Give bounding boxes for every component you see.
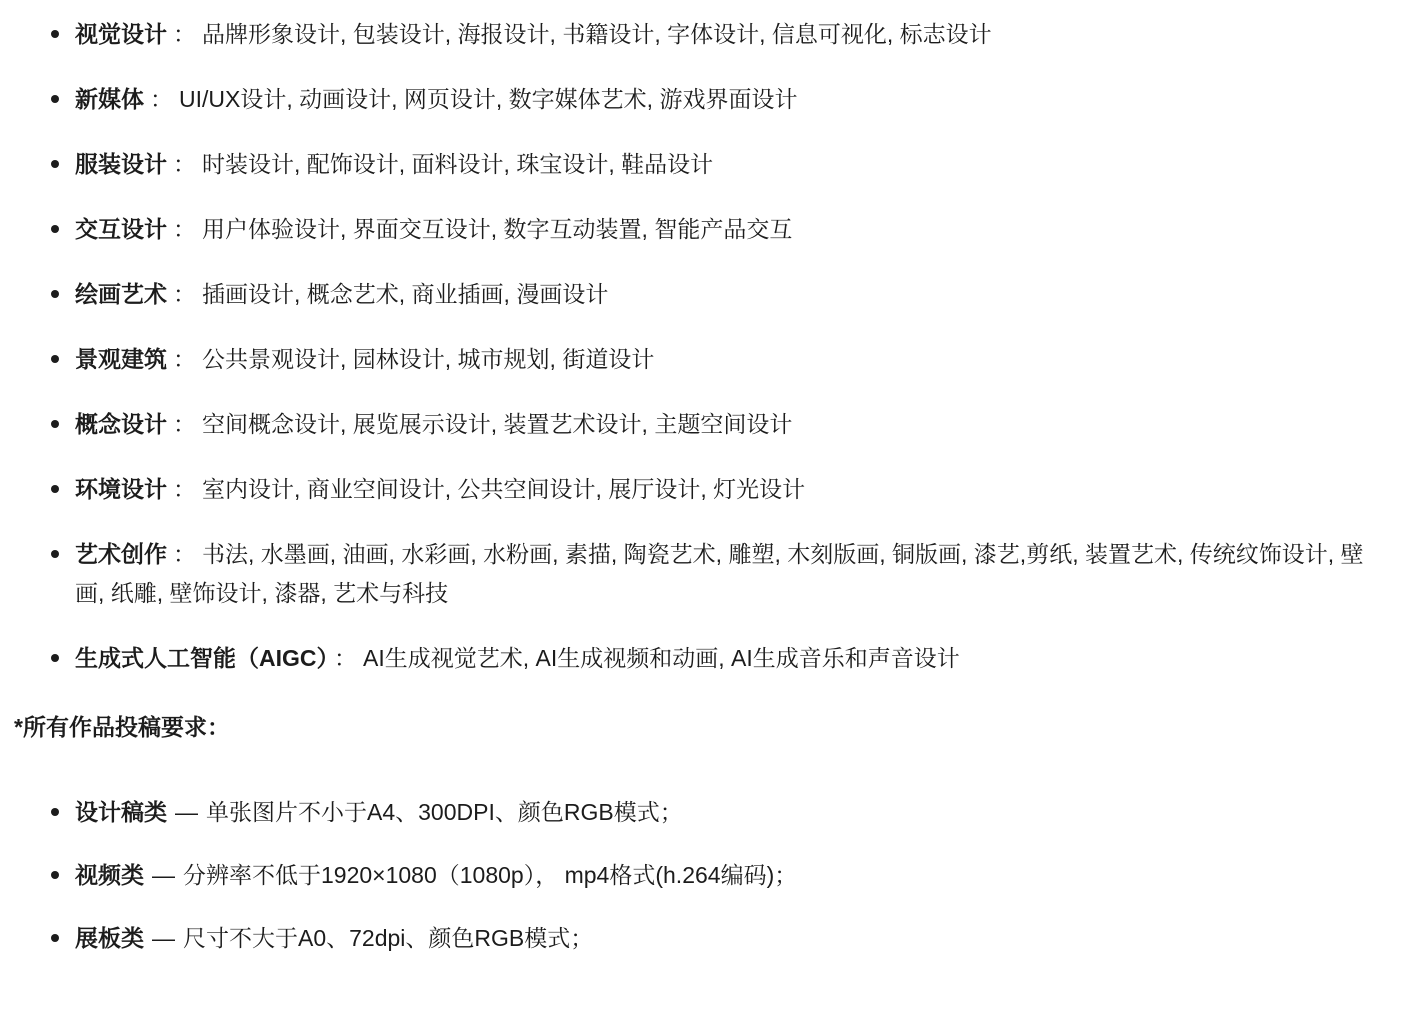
- category-separator: ：: [167, 541, 202, 567]
- requirement-item-display-board: 展板类—尺寸不大于A0、72dpi、颜色RGB模式；: [75, 919, 1370, 958]
- category-description: AI生成视觉艺术, AI生成视频和动画, AI生成音乐和声音设计: [363, 645, 960, 671]
- requirement-term: 展板类: [75, 925, 144, 951]
- requirement-item-video: 视频类—分辨率不低于1920×1080（1080p）， mp4格式(h.264编…: [75, 856, 1370, 895]
- category-term: 绘画艺术: [75, 281, 167, 307]
- category-term: 交互设计: [75, 216, 167, 242]
- category-item-art-creation: 艺术创作：书法, 水墨画, 油画, 水彩画, 水粉画, 素描, 陶瓷艺术, 雕塑…: [75, 535, 1370, 613]
- category-term: 视觉设计: [75, 21, 167, 47]
- category-description: 室内设计, 商业空间设计, 公共空间设计, 展厅设计, 灯光设计: [202, 476, 805, 502]
- category-term: 服装设计: [75, 151, 167, 177]
- category-list: 视觉设计：品牌形象设计, 包装设计, 海报设计, 书籍设计, 字体设计, 信息可…: [14, 15, 1370, 678]
- category-separator: ：: [328, 645, 363, 671]
- category-term: 概念设计: [75, 411, 167, 437]
- category-item-generative-ai: 生成式人工智能（AIGC）：AI生成视觉艺术, AI生成视频和动画, AI生成音…: [75, 639, 1370, 678]
- category-description: 书法, 水墨画, 油画, 水彩画, 水粉画, 素描, 陶瓷艺术, 雕塑, 木刻版…: [75, 541, 1364, 606]
- category-description: 公共景观设计, 园林设计, 城市规划, 街道设计: [202, 346, 654, 372]
- category-term: 景观建筑: [75, 346, 167, 372]
- category-item-concept-design: 概念设计：空间概念设计, 展览展示设计, 装置艺术设计, 主题空间设计: [75, 405, 1370, 444]
- requirement-separator: —: [144, 925, 183, 951]
- requirement-description: 尺寸不大于A0、72dpi、颜色RGB模式；: [183, 925, 593, 951]
- category-separator: ：: [167, 411, 202, 437]
- category-description: 插画设计, 概念艺术, 商业插画, 漫画设计: [202, 281, 608, 307]
- category-description: UI/UX设计, 动画设计, 网页设计, 数字媒体艺术, 游戏界面设计: [179, 86, 797, 112]
- requirement-separator: —: [144, 862, 183, 888]
- category-separator: ：: [167, 281, 202, 307]
- requirement-description: 单张图片不小于A4、300DPI、颜色RGB模式；: [206, 799, 683, 825]
- requirement-separator: —: [167, 799, 206, 825]
- category-term: 环境设计: [75, 476, 167, 502]
- category-term: 新媒体: [75, 86, 144, 112]
- category-separator: ：: [167, 476, 202, 502]
- document-content: 视觉设计：品牌形象设计, 包装设计, 海报设计, 书籍设计, 字体设计, 信息可…: [0, 0, 1414, 958]
- category-description: 用户体验设计, 界面交互设计, 数字互动装置, 智能产品交互: [202, 216, 792, 242]
- requirement-term: 设计稿类: [75, 799, 167, 825]
- category-separator: ：: [167, 216, 202, 242]
- requirement-item-design-draft: 设计稿类—单张图片不小于A4、300DPI、颜色RGB模式；: [75, 793, 1370, 832]
- category-separator: ：: [144, 86, 179, 112]
- requirement-term: 视频类: [75, 862, 144, 888]
- category-separator: ：: [167, 21, 202, 47]
- category-item-interaction-design: 交互设计：用户体验设计, 界面交互设计, 数字互动装置, 智能产品交互: [75, 210, 1370, 249]
- category-item-fashion-design: 服装设计：时装设计, 配饰设计, 面料设计, 珠宝设计, 鞋品设计: [75, 145, 1370, 184]
- category-separator: ：: [167, 346, 202, 372]
- category-item-landscape-architecture: 景观建筑：公共景观设计, 园林设计, 城市规划, 街道设计: [75, 340, 1370, 379]
- category-item-painting-art: 绘画艺术：插画设计, 概念艺术, 商业插画, 漫画设计: [75, 275, 1370, 314]
- category-separator: ：: [167, 151, 202, 177]
- category-item-environment-design: 环境设计：室内设计, 商业空间设计, 公共空间设计, 展厅设计, 灯光设计: [75, 470, 1370, 509]
- category-description: 品牌形象设计, 包装设计, 海报设计, 书籍设计, 字体设计, 信息可视化, 标…: [202, 21, 992, 47]
- category-description: 空间概念设计, 展览展示设计, 装置艺术设计, 主题空间设计: [202, 411, 792, 437]
- category-item-new-media: 新媒体：UI/UX设计, 动画设计, 网页设计, 数字媒体艺术, 游戏界面设计: [75, 80, 1370, 119]
- requirements-list: 设计稿类—单张图片不小于A4、300DPI、颜色RGB模式； 视频类—分辨率不低…: [14, 793, 1370, 958]
- category-item-visual-design: 视觉设计：品牌形象设计, 包装设计, 海报设计, 书籍设计, 字体设计, 信息可…: [75, 15, 1370, 54]
- category-description: 时装设计, 配饰设计, 面料设计, 珠宝设计, 鞋品设计: [202, 151, 713, 177]
- category-term: 生成式人工智能（AIGC）: [75, 645, 328, 671]
- category-term: 艺术创作: [75, 541, 167, 567]
- submission-requirements-heading: *所有作品投稿要求：: [14, 708, 1370, 747]
- requirement-description: 分辨率不低于1920×1080（1080p）， mp4格式(h.264编码)；: [183, 862, 797, 888]
